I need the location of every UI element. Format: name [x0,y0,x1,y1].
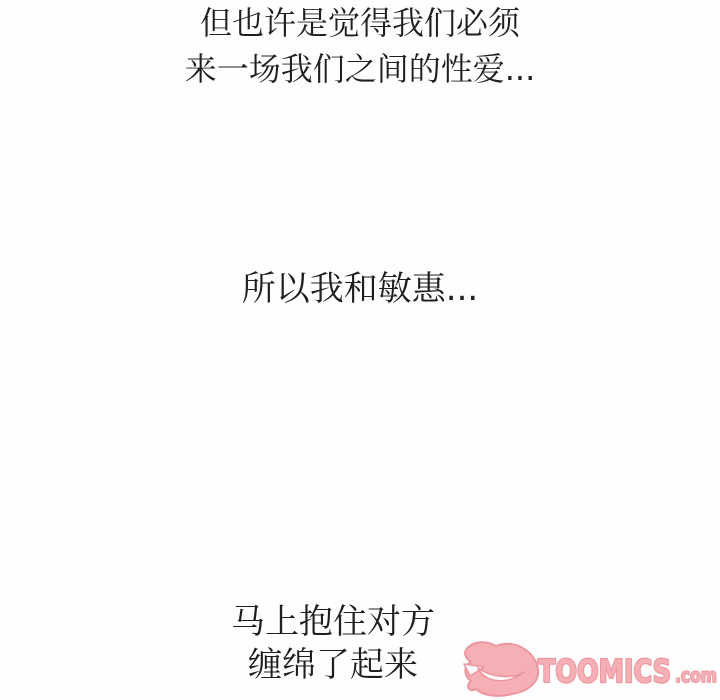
caption-middle-line-1: 所以我和敏惠... [0,268,720,310]
toomics-mascot-d-icon [464,642,538,696]
toomics-logo: TOOMICS .com [462,638,718,698]
caption-top-line-2: 来一场我们之间的性爱... [0,46,720,92]
toomics-brand-text: TOOMICS [538,654,671,690]
webtoon-page: 但也许是觉得我们必须 来一场我们之间的性爱... 所以我和敏惠... 马上抱住对… [0,0,720,700]
toomics-suffix-text: .com [675,665,717,687]
caption-top: 但也许是觉得我们必须 来一场我们之间的性爱... [0,0,720,92]
caption-top-line-1: 但也许是觉得我们必须 [0,0,720,46]
toomics-watermark: TOOMICS .com [462,638,718,698]
caption-middle: 所以我和敏惠... [0,268,720,310]
